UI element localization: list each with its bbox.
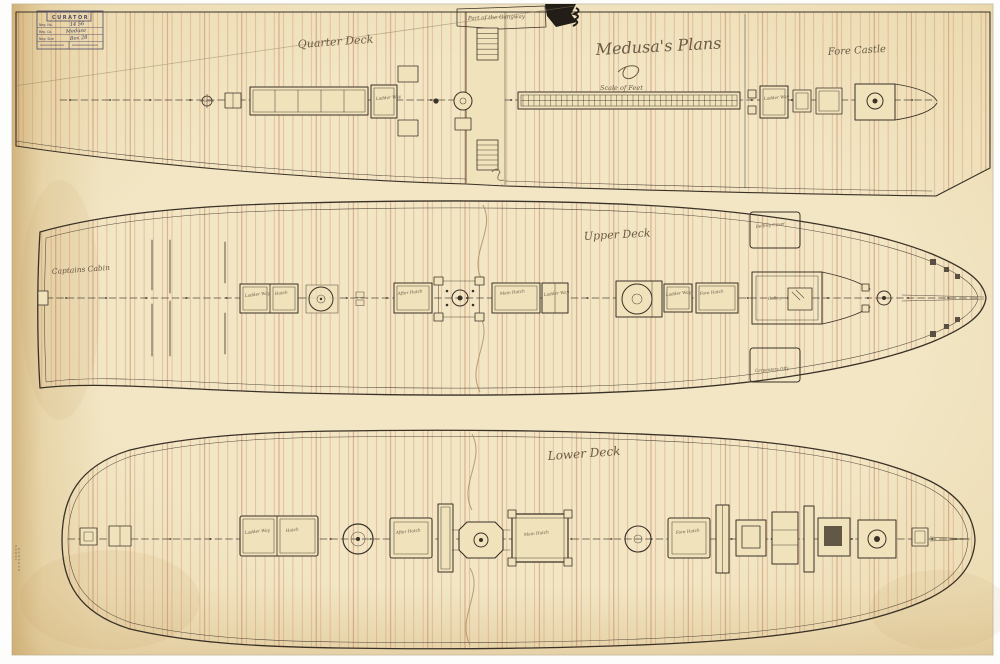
knighthead xyxy=(930,259,936,265)
bitts xyxy=(748,106,756,114)
deck-structure xyxy=(912,528,928,546)
ship-plan-scan: Ladder Way Part of the Gangway Ladder Wa… xyxy=(0,0,1000,664)
ladderway-box xyxy=(664,284,692,312)
main-hatch xyxy=(512,514,568,562)
knighthead xyxy=(955,317,960,322)
skylight xyxy=(250,87,368,115)
deck-structure xyxy=(804,506,814,572)
plan-drawing: Ladder Way Part of the Gangway Ladder Wa… xyxy=(0,0,1000,664)
galley-label: Galley xyxy=(768,295,782,301)
bitts xyxy=(748,90,756,98)
mast-bitts xyxy=(438,504,453,572)
stamp-field-label: Neg. No. xyxy=(39,23,53,27)
bitts xyxy=(862,284,869,291)
deck-structure xyxy=(772,512,798,564)
deck-structure xyxy=(816,88,842,114)
mizzen-mast xyxy=(433,98,438,103)
knighthead xyxy=(930,331,936,337)
knighthead xyxy=(955,274,960,279)
deck-structure xyxy=(736,520,766,556)
galley-stove xyxy=(616,281,662,317)
stamp-field-label: Rep. Co. xyxy=(39,30,52,34)
deck-structure xyxy=(398,66,418,82)
fore-hatch xyxy=(696,283,738,313)
ladderway-hatch-box xyxy=(240,516,318,556)
bitts xyxy=(862,305,869,312)
after-hatch xyxy=(390,518,432,558)
rudder-head xyxy=(38,291,48,305)
knighthead xyxy=(944,324,949,329)
deck-structure xyxy=(455,118,471,130)
stamp-field-value: Box 28 xyxy=(69,35,88,42)
ladderway-box xyxy=(760,86,788,118)
scale-caption: Scale of Feet xyxy=(600,84,643,92)
capstan xyxy=(454,92,472,110)
after-hatch xyxy=(394,283,432,313)
deck-structure xyxy=(793,90,811,112)
fore-hatch xyxy=(668,518,710,558)
main-hatch xyxy=(492,283,540,313)
deck-structure xyxy=(398,120,418,136)
lower-deck-plan xyxy=(62,430,975,649)
knighthead xyxy=(944,267,949,272)
upper-deck-plan xyxy=(38,201,986,395)
stamp-field-label: Neg. Size xyxy=(39,37,54,41)
deck-structure xyxy=(80,528,97,545)
ladderway-box xyxy=(371,85,397,118)
ladderway-box xyxy=(240,284,298,313)
